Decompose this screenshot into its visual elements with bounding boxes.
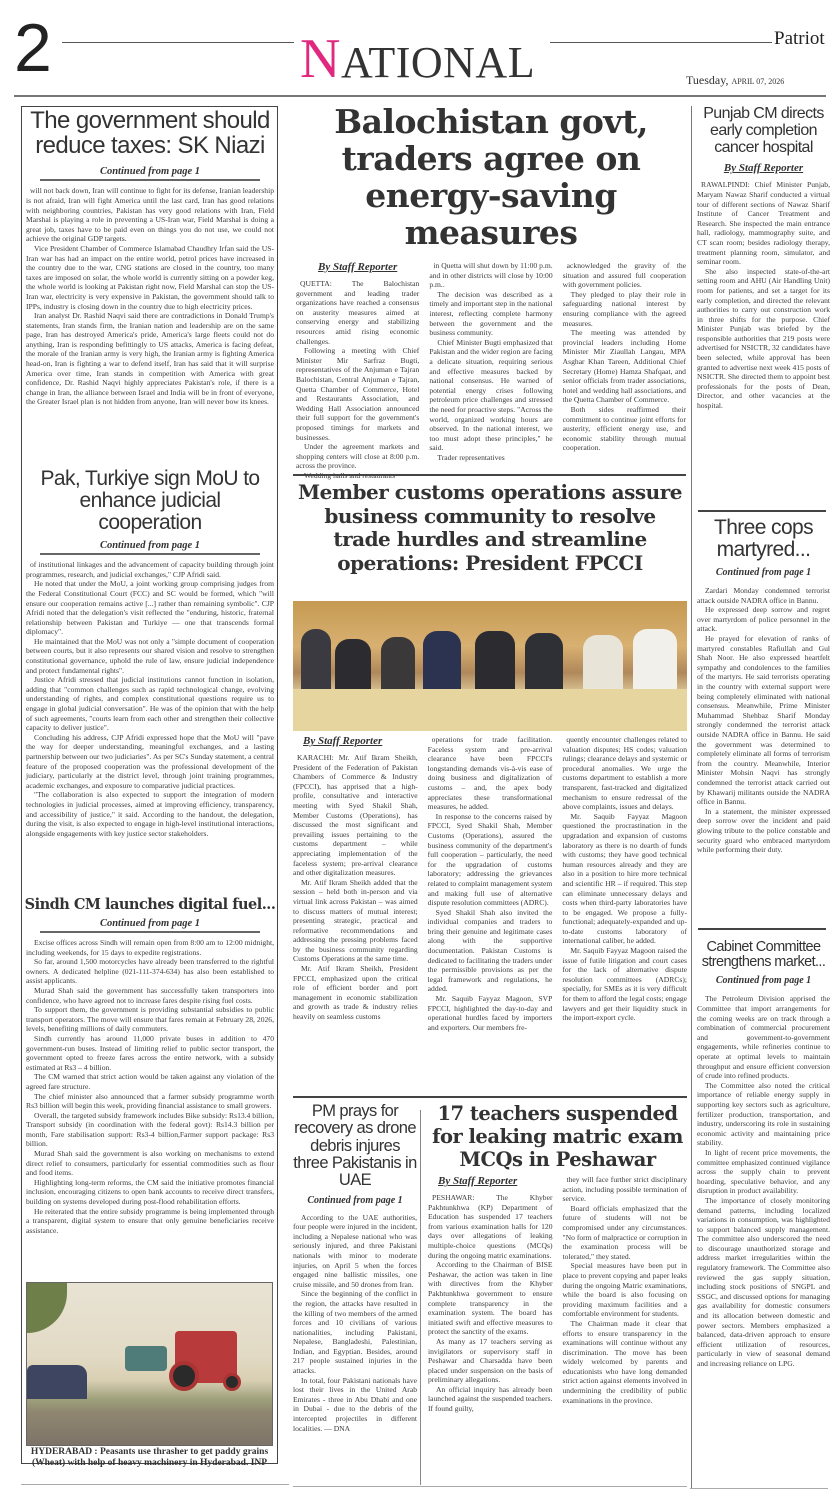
paragraph: in Quetta will shut down by 11:00 p.m. a…	[429, 261, 552, 290]
article-balochistan: Balochistan govt, traders agree on energ…	[296, 103, 686, 480]
paragraph: acknowledged the gravity of the situatio…	[563, 261, 686, 290]
photo-caption: HYDERABAD : Peasants use thrasher to get…	[26, 1447, 273, 1469]
article-punjab-cm: Punjab CM directs early completion cance…	[697, 106, 830, 411]
paragraph: QUETTA: The Balochistan government and l…	[296, 279, 419, 346]
paragraph: Justice Afridi stressed that judicial in…	[26, 675, 274, 733]
fpcci-meeting-photo	[293, 601, 687, 731]
paragraph: Highlighting long-term reforms, the CM s…	[26, 1178, 274, 1207]
paragraph: Vice President Chamber of Commerce Islam…	[26, 244, 274, 311]
byline: By Staff Reporter	[296, 261, 419, 273]
paragraph: In total, four Pakistani nationals have …	[293, 1376, 417, 1434]
paragraph: In response to the concerns raised by FP…	[428, 812, 553, 908]
conference-table	[293, 689, 687, 731]
paragraph: He expressed deep sorrow and regret over…	[697, 605, 830, 634]
column: in Quetta will shut down by 11:00 p.m. a…	[429, 261, 552, 480]
section-divider	[293, 474, 686, 476]
person	[633, 629, 677, 691]
paragraph: Sindh currently has around 11,000 privat…	[26, 1034, 274, 1072]
byline: By Staff Reporter	[303, 735, 418, 747]
continued-label: Continued from page 1	[40, 540, 260, 555]
paragraph: He prayed for elevation of ranks of mart…	[697, 634, 830, 807]
person	[525, 633, 563, 689]
section-title: NATIONAL	[300, 36, 535, 86]
continued-label: Continued from page 1	[697, 975, 830, 988]
column: By Staff Reporter QUETTA: The Balochista…	[296, 261, 419, 480]
masthead-bottom-rule	[14, 95, 826, 97]
paragraph: Overall, the targeted subsidy framework …	[26, 1111, 274, 1149]
paragraph: Mr. Atif Ikram Sheikh added that the ses…	[293, 878, 418, 964]
paragraph: He noted that under the MoU, a joint wor…	[26, 579, 274, 637]
paragraph: In light of recent price movements, the …	[697, 1148, 830, 1196]
paragraph: The Chairman made it clear that efforts …	[563, 1319, 688, 1405]
paragraph: According to the Chairman of BISE Peshaw…	[428, 1260, 553, 1337]
article-body: Excise offices across Sindh will remain …	[24, 938, 276, 1235]
article-three-cops: Three cops martyred... Continued from pa…	[697, 517, 830, 855]
lead-headline: Balochistan govt, traders agree on energ…	[296, 103, 686, 251]
byline: By Staff Reporter	[438, 1175, 553, 1187]
paragraph: Murad Shah said the government is also w…	[26, 1149, 274, 1178]
paragraph: Following a meeting with Chief Minister …	[296, 346, 419, 442]
paragraph: Concluding his address, CJP Afridi expre…	[26, 733, 274, 791]
paragraph: The CM warned that strict action would b…	[26, 1072, 274, 1091]
paragraph: quently encounter challenges related to …	[562, 735, 687, 812]
article-headline: Three cops martyred...	[697, 517, 830, 561]
customs-headline: Member customs operations assure busines…	[293, 481, 687, 575]
paragraph: The importance of closely monitoring dem…	[697, 1196, 830, 1369]
bottom-rule	[293, 1486, 687, 1487]
continued-label: Continued from page 1	[697, 567, 830, 580]
article-headline: Pak, Turkiye sign MoU to enhance judicia…	[24, 468, 276, 534]
paragraph: An official inquiry has already been lau…	[428, 1385, 553, 1414]
column: By Staff Reporter PESHAWAR: The Khyber P…	[428, 1175, 553, 1414]
paragraph: The chief minister also announced that a…	[26, 1092, 274, 1111]
column-divider	[420, 1110, 421, 1485]
paragraph: Mr. Saquib Fayyaz Magoon raised the issu…	[562, 946, 687, 1023]
column: acknowledged the gravity of the situatio…	[563, 261, 686, 480]
article-headline: Punjab CM directs early completion cance…	[697, 106, 830, 156]
section-divider	[698, 928, 826, 930]
column: they will face further strict disciplina…	[563, 1175, 688, 1414]
masthead-rule-left	[62, 42, 294, 43]
paragraph: Both sides reaffirmed their commitment t…	[563, 405, 686, 453]
paragraph: Mr. Atif Ikram Sheikh, President FPCCI, …	[293, 964, 418, 1022]
person	[335, 639, 371, 691]
paragraph: Chief Minister Bugti emphasized that Pak…	[429, 338, 552, 453]
paragraph: To support them, the government is provi…	[26, 1005, 274, 1034]
tractor-wheel	[169, 1361, 199, 1391]
paragraph: They pledged to play their role in safeg…	[563, 290, 686, 328]
paragraph: of institutional linkages and the advanc…	[26, 560, 274, 579]
thrasher-machine	[125, 1346, 167, 1371]
article-headline: Cabinet Committee strengthens market...	[697, 940, 830, 970]
person	[301, 629, 331, 691]
section-title-rest: ATIONAL	[341, 38, 535, 87]
person	[475, 631, 515, 689]
right-column-divider	[691, 106, 692, 1488]
paragraph: Mr. Saquib Fayyaz Magoon, SVP FPCCI, hig…	[428, 994, 553, 1032]
issue-date: Tuesday, APRIL 07, 2026	[686, 73, 784, 88]
paragraph: He reiterated that the entire subsidy pr…	[26, 1207, 274, 1236]
hyderabad-photo	[26, 1282, 273, 1446]
continued-label: Continued from page 1	[40, 166, 260, 181]
paragraph: Mr. Saquib Fayyaz Magoon questioned the …	[562, 812, 687, 946]
paragraph: RAWALPINDI: Chief Minister Punjab, Marya…	[697, 180, 830, 266]
person	[381, 637, 415, 691]
paragraph: The Committee also noted the critical im…	[697, 1081, 830, 1148]
bottom-rule	[690, 1488, 828, 1489]
paragraph: Murad Shah said the government has succe…	[26, 986, 274, 1005]
paragraph: Since the beginning of the conflict in t…	[293, 1289, 417, 1375]
paragraph: The Petroleum Division apprised the Comm…	[697, 994, 830, 1080]
article-headline: The government should reduce taxes: SK N…	[24, 108, 276, 158]
masthead-rule-right	[550, 42, 772, 43]
column: quently encounter challenges related to …	[562, 735, 687, 1032]
issue-day: Tuesday,	[686, 73, 728, 87]
column: operations for trade facilitation. Facel…	[428, 735, 553, 1032]
customs-body: By Staff Reporter KARACHI: Mr. Atif Ikra…	[293, 735, 687, 1032]
article-sindh-fuel: Sindh CM launches digital fuel... Contin…	[24, 896, 276, 1235]
person	[423, 631, 461, 689]
issue-date-text: APRIL 07, 2026	[731, 77, 784, 86]
byline: By Staff Reporter	[697, 162, 830, 174]
paragraph: In a statement, the minister expressed d…	[697, 807, 830, 855]
paragraph: operations for trade facilitation. Facel…	[428, 735, 553, 812]
article-cabinet-committee: Cabinet Committee strengthens market... …	[697, 940, 830, 1369]
paragraph: KARACHI: Mr. Atif Ikram Sheikh, Presiden…	[293, 753, 418, 878]
article-teachers: 17 teachers suspended for leaking matric…	[428, 1102, 687, 1414]
paragraph: According to the UAE authorities, four p…	[293, 1213, 417, 1290]
paragraph: The meeting was attended by provincial l…	[563, 328, 686, 405]
paragraph: they will face further strict disciplina…	[563, 1175, 688, 1204]
paragraph: Excise offices across Sindh will remain …	[26, 938, 274, 957]
people-group	[27, 1365, 87, 1399]
paragraph: Syed Shakil Shah also invited the indivi…	[428, 908, 553, 994]
paragraph: Special measures have been put in place …	[563, 1261, 688, 1319]
section-divider	[293, 1096, 687, 1098]
section-initial: N	[300, 28, 341, 90]
paragraph: She also inspected state-of-the-art sett…	[697, 267, 830, 411]
article-body: of institutional linkages and the advanc…	[24, 560, 276, 838]
continued-label: Continued from page 1	[293, 1195, 417, 1208]
tree-shape	[27, 1283, 67, 1333]
continued-label: Continued from page 1	[40, 918, 260, 933]
paper-name: Patriot	[774, 28, 825, 50]
column: By Staff Reporter KARACHI: Mr. Atif Ikra…	[293, 735, 418, 1032]
paragraph: Trader representatives	[429, 453, 552, 463]
article-body: According to the UAE authorities, four p…	[293, 1213, 417, 1434]
article-judicial-mou: Pak, Turkiye sign MoU to enhance judicia…	[24, 468, 276, 838]
article-headline: 17 teachers suspended for leaking matric…	[428, 1102, 687, 1171]
article-customs: Member customs operations assure busines…	[293, 481, 687, 575]
paragraph: Board officials emphasized that the futu…	[563, 1204, 688, 1262]
paragraph: As many as 17 teachers serving as invigi…	[428, 1337, 553, 1385]
article-pm-prays: PM prays for recovery as drone debris in…	[293, 1103, 417, 1433]
person	[583, 635, 623, 691]
page-number: 2	[14, 14, 52, 82]
article-headline: PM prays for recovery as drone debris in…	[293, 1103, 417, 1190]
paragraph: Zardari Monday condemned terrorist attac…	[697, 586, 830, 605]
section-divider	[698, 510, 826, 512]
paragraph: "The collaboration is also expected to s…	[26, 790, 274, 838]
left-bottom-rule	[21, 1484, 289, 1485]
paragraph: The decision was described as a timely a…	[429, 290, 552, 338]
paragraph: He maintained that the MoU was not only …	[26, 637, 274, 675]
article-headline: Sindh CM launches digital fuel...	[24, 896, 276, 913]
article-body: will not back down, Iran will continue t…	[24, 186, 276, 407]
paragraph: Iran analyst Dr. Rashid Naqvi said there…	[26, 311, 274, 407]
paragraph: will not back down, Iran will continue t…	[26, 186, 274, 244]
paragraph: Under the agreement markets and shopping…	[296, 442, 419, 471]
paragraph: PESHAWAR: The Khyber Pakhtunkhwa (KP) De…	[428, 1193, 553, 1260]
tractor-wheel	[223, 1373, 241, 1391]
article-sk-niazi: The government should reduce taxes: SK N…	[24, 108, 276, 407]
paragraph: So far, around 1,500 motorcycles have al…	[26, 957, 274, 986]
